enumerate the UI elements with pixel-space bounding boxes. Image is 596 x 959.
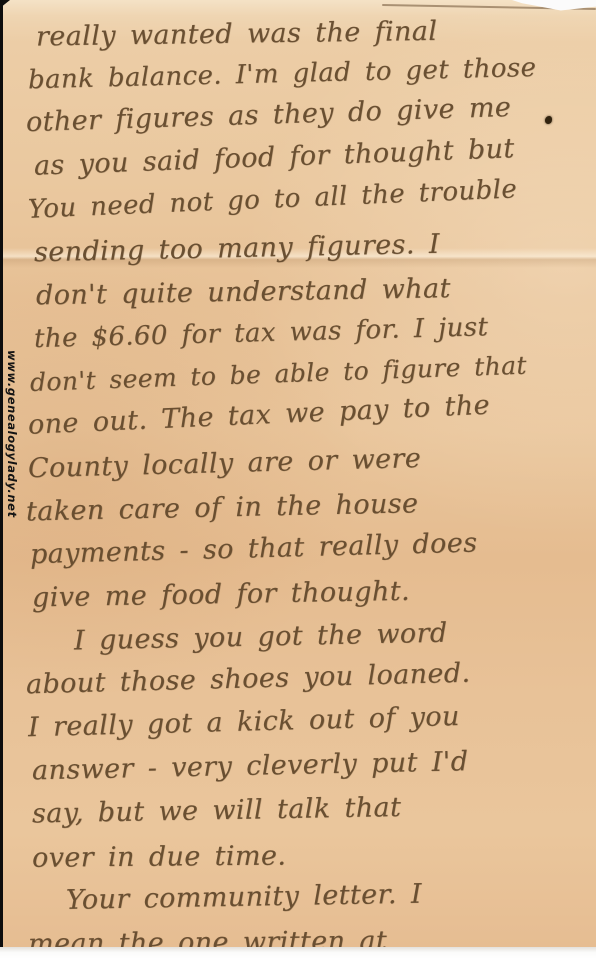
scanned-letter-page: www.genealogylady.net really wanted was … (0, 0, 596, 959)
letter-line: Your community letter. I (0, 869, 592, 923)
letter-line: say, but we will talk that (0, 783, 592, 837)
letter-body: really wanted was the final bank balance… (0, 16, 592, 959)
bottom-scan-strip (0, 947, 596, 959)
